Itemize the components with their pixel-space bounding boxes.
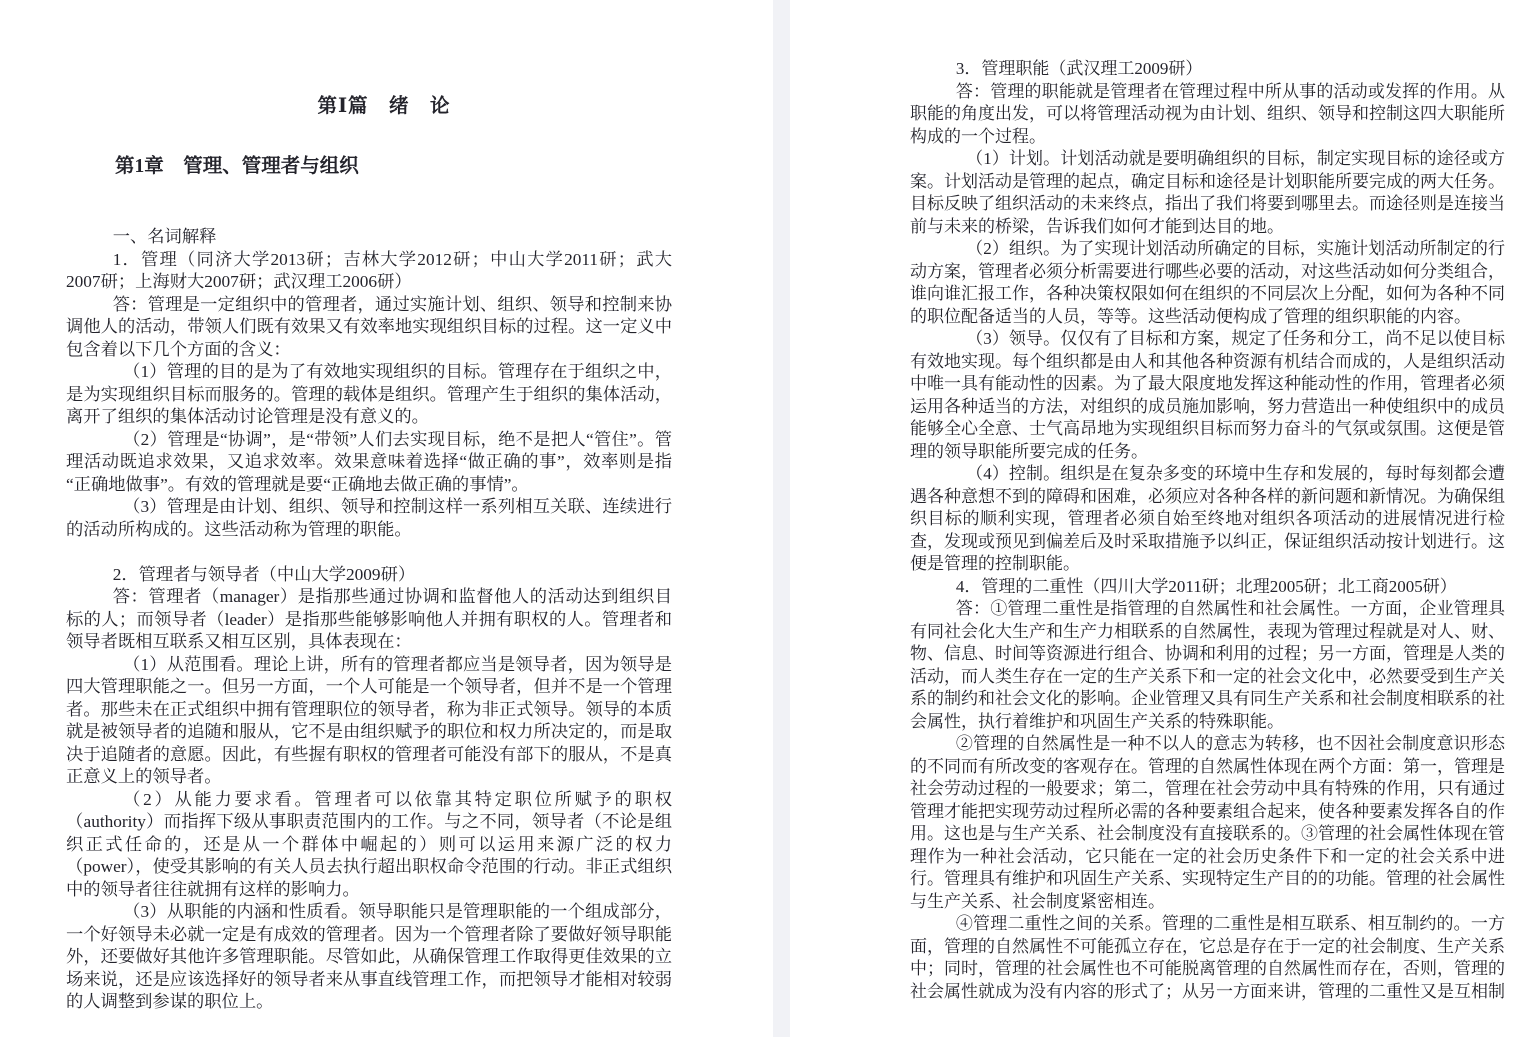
q2-heading: 2．管理者与领导者（中山大学2009研） bbox=[66, 564, 672, 587]
page-right: 3．管理职能（武汉理工2009研） 答：管理的职能就是管理者在管理过程中所从事的… bbox=[790, 0, 1525, 1037]
q1-point-3: （3）管理是由计划、组织、领导和控制这样一系列相互关联、连续进行的活动所构成的。… bbox=[66, 496, 672, 541]
q3-heading: 3．管理职能（武汉理工2009研） bbox=[910, 58, 1505, 81]
q4-heading: 4．管理的二重性（四川大学2011研；北理2005研；北工商2005研） bbox=[910, 576, 1505, 599]
part-title: 第Ⅰ篇 绪 论 bbox=[66, 96, 672, 118]
q2-point-2: （2）从能力要求看。管理者可以依靠其特定职位所赋予的职权（authority）而… bbox=[66, 789, 672, 902]
q3-point-1-planning: （1）计划。计划活动就是要明确组织的目标，制定实现目标的途径或方案。计划活动是管… bbox=[910, 148, 1505, 238]
q1-heading: 1．管理（同济大学2013研；吉林大学2012研；中山大学2011研；武大200… bbox=[66, 249, 672, 294]
q4-answer-part-2: ②管理的自然属性是一种不以人的意志为转移，也不因社会制度意识形态的不同而有所改变… bbox=[910, 733, 1505, 913]
page-left: 第Ⅰ篇 绪 论 第1章 管理、管理者与组织 一、名词解释 1．管理（同济大学20… bbox=[0, 0, 773, 1037]
q1-point-2: （2）管理是“协调”，是“带领”人们去实现目标，绝不是把人“管住”。管理活动既追… bbox=[66, 429, 672, 497]
q4-answer-part-3: ④管理二重性之间的关系。管理的二重性是相互联系、相互制约的。一方面，管理的自然属… bbox=[910, 913, 1505, 1003]
q2-point-1: （1）从范围看。理论上讲，所有的管理者都应当是领导者，因为领导是四大管理职能之一… bbox=[66, 654, 672, 789]
q3-point-3-leading: （3）领导。仅仅有了目标和方案，规定了任务和分工，尚不足以使目标有效地实现。每个… bbox=[910, 328, 1505, 463]
q3-point-2-organizing: （2）组织。为了实现计划活动所确定的目标，实施计划活动所制定的行动方案，管理者必… bbox=[910, 238, 1505, 328]
q1-answer: 答：管理是一定组织中的管理者，通过实施计划、组织、领导和控制来协调他人的活动，带… bbox=[66, 294, 672, 362]
page-gap-divider bbox=[773, 0, 790, 1037]
document-spread: 第Ⅰ篇 绪 论 第1章 管理、管理者与组织 一、名词解释 1．管理（同济大学20… bbox=[0, 0, 1525, 1037]
section-heading-definitions: 一、名词解释 bbox=[66, 226, 672, 249]
q2-answer: 答：管理者（manager）是指那些通过协调和监督他人的活动达到组织目标的人；而… bbox=[66, 586, 672, 654]
q4-answer-part-1: 答：①管理二重性是指管理的自然属性和社会属性。一方面，企业管理具有同社会化大生产… bbox=[910, 598, 1505, 733]
q3-point-4-controlling: （4）控制。组织是在复杂多变的环境中生存和发展的，每时每刻都会遭遇各种意想不到的… bbox=[910, 463, 1505, 576]
chapter-title: 第1章 管理、管理者与组织 bbox=[115, 156, 672, 178]
q1-point-1: （1）管理的目的是为了有效地实现组织的目标。管理存在于组织之中，是为实现组织目标… bbox=[66, 361, 672, 429]
q3-answer: 答：管理的职能就是管理者在管理过程中所从事的活动或发挥的作用。从职能的角度出发，… bbox=[910, 81, 1505, 149]
q2-point-3: （3）从职能的内涵和性质看。领导职能只是管理职能的一个组成部分，一个好领导未必就… bbox=[66, 901, 672, 1014]
